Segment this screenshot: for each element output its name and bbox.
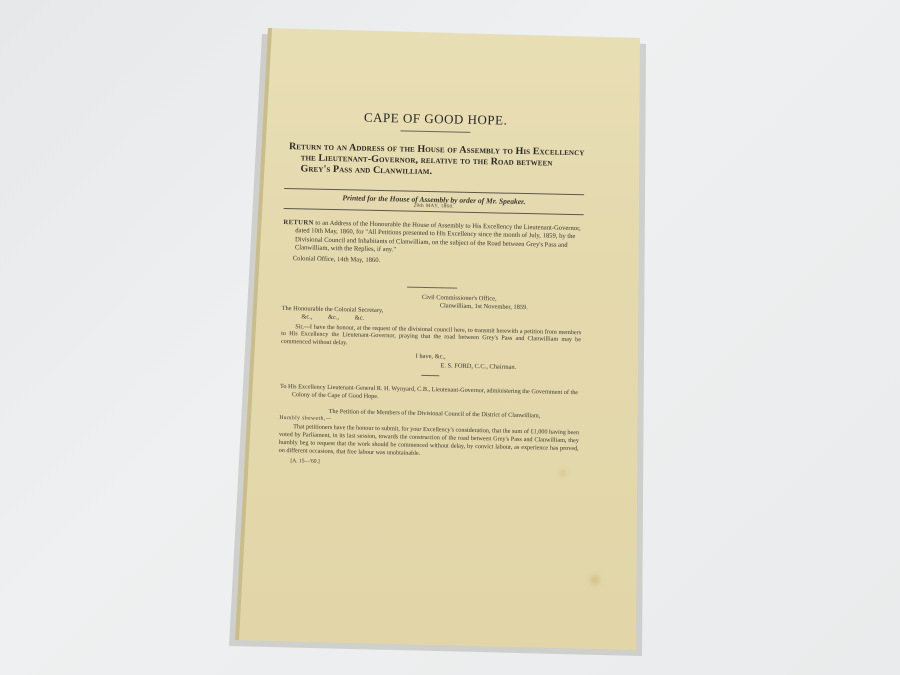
- document-heading: CAPE OF GOOD HOPE.: [285, 108, 585, 130]
- return-label: RETURN: [283, 219, 313, 227]
- printed-notice: Printed for the House of Assembly by ord…: [284, 188, 584, 215]
- letter-body: Sir,—I have the honour, at the request o…: [281, 323, 581, 353]
- paper-stain: [590, 575, 600, 585]
- heading-rule: [400, 130, 470, 132]
- return-paragraph: RETURN to an Address of the Honourable t…: [283, 219, 584, 259]
- paper-stain: [560, 470, 566, 476]
- section-divider: [421, 375, 439, 376]
- document-subtitle: Return to an Address of the House of Ass…: [286, 141, 585, 180]
- petition-address: To His Excellency Lieutenant-General R. …: [280, 383, 580, 405]
- return-text: to an Address of the Honourable the Hous…: [295, 220, 581, 254]
- section-divider: [407, 286, 457, 288]
- document-content: CAPE OF GOOD HOPE. Return to an Address …: [278, 100, 586, 470]
- petition-body: That petitioners have the honour to subm…: [279, 423, 580, 460]
